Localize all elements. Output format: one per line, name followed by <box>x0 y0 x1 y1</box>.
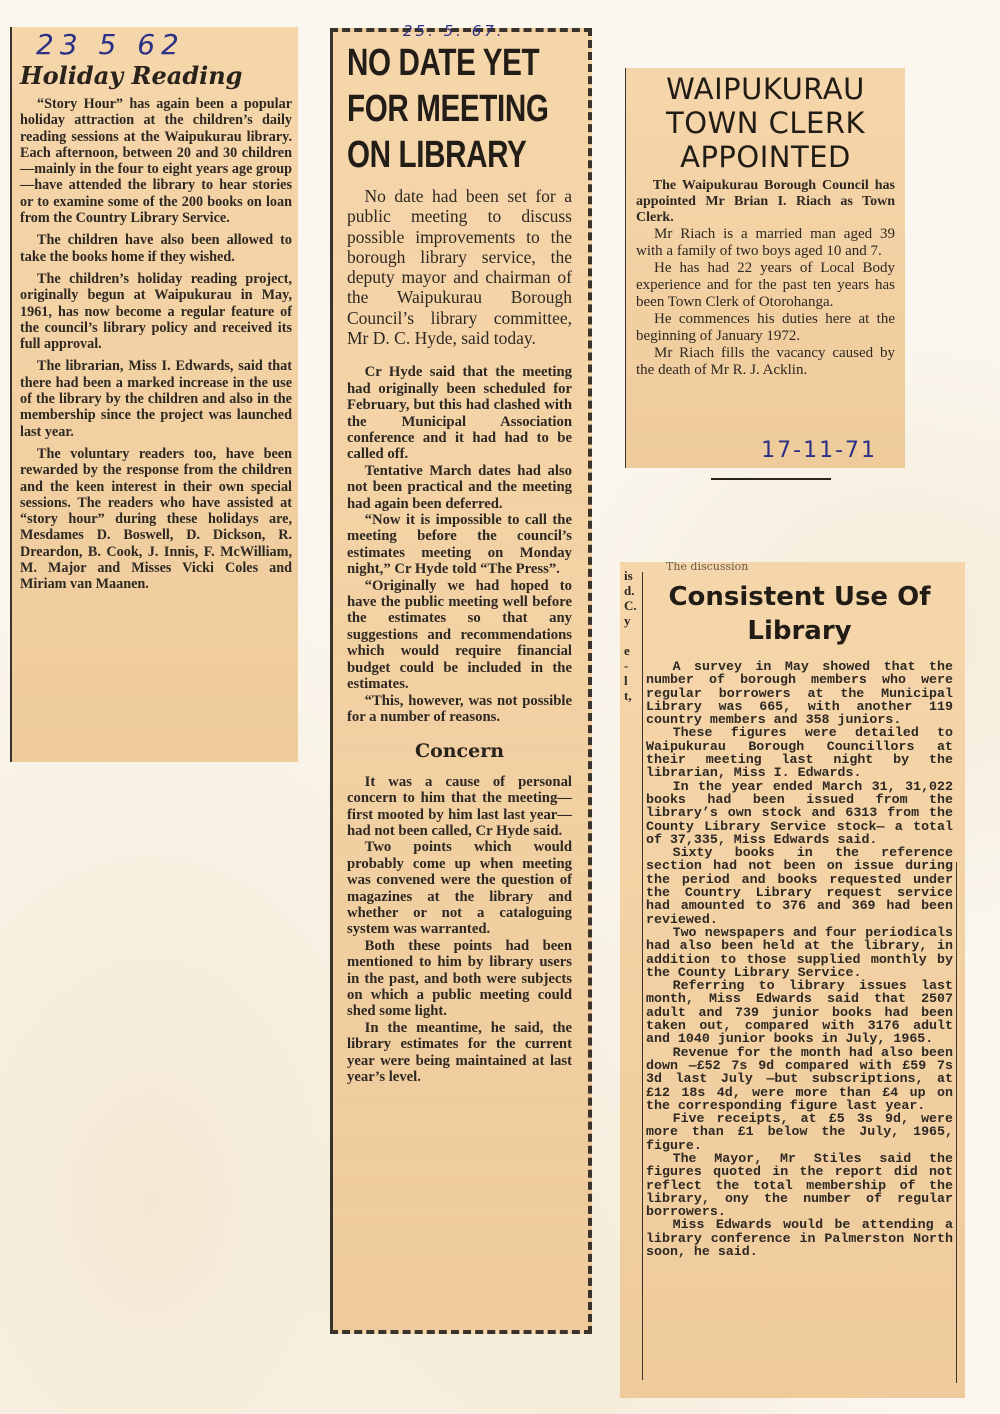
fragment-text: d. <box>624 583 640 598</box>
paragraph: Mr Riach fills the vacancy caused by the… <box>636 345 895 379</box>
handwritten-date: 23 5 62 <box>36 31 292 59</box>
paragraph: No date had been set for a public meetin… <box>347 186 572 348</box>
fragment-text: l <box>624 673 640 688</box>
article-lead: The Waipukurau Borough Council has appoi… <box>636 178 895 226</box>
article-body: Mr Riach is a married man aged 39 with a… <box>636 226 895 379</box>
headline: Consistent Use Of Library <box>646 580 953 648</box>
cut-off-text: The discussion <box>666 562 953 572</box>
paragraph: He commences his duties here at the begi… <box>636 311 895 345</box>
handwritten-date: 17-11-71 <box>761 438 877 463</box>
paragraph: In the year ended March 31, 31,022 books… <box>646 780 953 846</box>
fragment-text: t, <box>624 688 640 703</box>
paragraph: Both these points had been mentioned to … <box>347 938 572 1020</box>
paragraph: The Waipukurau Borough Council has appoi… <box>636 178 895 226</box>
paragraph: The librarian, Miss I. Edwards, said tha… <box>20 358 292 439</box>
paragraph: The Mayor, Mr Stiles said the figures qu… <box>646 1152 953 1218</box>
paragraph: These figures were detailed to Waipukura… <box>646 726 953 779</box>
fragment-text <box>624 628 640 643</box>
paragraph: Tentative March dates had also not been … <box>347 463 572 512</box>
fragment-text: C. <box>624 598 640 613</box>
divider-rule <box>711 478 831 480</box>
headline: Holiday Reading <box>20 61 292 90</box>
paragraph: Mr Riach is a married man aged 39 with a… <box>636 226 895 260</box>
handwritten-date: 25. 5. 67. <box>403 22 505 40</box>
headline: WAIPUKURAU TOWN CLERK APPOINTED <box>636 72 895 174</box>
column-rule <box>956 862 957 1383</box>
paragraph: In the meantime, he said, the library es… <box>347 1020 572 1086</box>
paragraph: Revenue for the month had also been down… <box>646 1046 953 1112</box>
paragraph: “Originally we had hoped to have the pub… <box>347 578 572 693</box>
paragraph: Five receipts, at £5 3s 9d, were more th… <box>646 1112 953 1152</box>
fragment-text: is <box>624 568 640 583</box>
paragraph: Referring to library issues last month, … <box>646 979 953 1045</box>
subheading: Concern <box>347 743 572 759</box>
adjacent-column-fragment: is d. C. y e - l t, <box>624 568 640 703</box>
paragraph: He has had 22 years of Local Body experi… <box>636 260 895 311</box>
fragment-text: y <box>624 613 640 628</box>
paragraph: Sixty books in the reference section had… <box>646 846 953 926</box>
article-body: Cr Hyde said that the meeting had origin… <box>347 364 572 1085</box>
article-body: “Story Hour” has again been a popular ho… <box>20 96 292 593</box>
paragraph: “Now it is impossible to call the meetin… <box>347 512 572 578</box>
headline: NO DATE YET FOR MEETING ON LIBRARY <box>347 40 572 178</box>
paragraph: Two newspapers and four periodicals had … <box>646 926 953 979</box>
paragraph: Cr Hyde said that the meeting had origin… <box>347 364 572 462</box>
paragraph: Two points which would probably come up … <box>347 839 572 937</box>
paragraph: Miss Edwards would be attending a librar… <box>646 1218 953 1258</box>
article-lead: No date had been set for a public meetin… <box>347 186 572 348</box>
paragraph: The children have also been allowed to t… <box>20 232 292 265</box>
paragraph: It was a cause of personal concern to hi… <box>347 774 572 840</box>
fragment-text: e <box>624 643 640 658</box>
clipping-town-clerk: WAIPUKURAU TOWN CLERK APPOINTED The Waip… <box>625 68 905 468</box>
article-body: A survey in May showed that the number o… <box>646 660 953 1258</box>
paragraph: “Story Hour” has again been a popular ho… <box>20 96 292 226</box>
paragraph: A survey in May showed that the number o… <box>646 660 953 726</box>
fragment-text: - <box>624 658 640 673</box>
column-rule <box>642 572 643 1380</box>
clipping-no-date-yet: 25. 5. 67. NO DATE YET FOR MEETING ON LI… <box>330 28 592 1334</box>
clipping-holiday-reading: 23 5 62 Holiday Reading “Story Hour” has… <box>10 27 298 762</box>
paragraph: The children’s holiday reading project, … <box>20 271 292 352</box>
clipping-consistent-use: is d. C. y e - l t, The discussion Consi… <box>620 562 965 1398</box>
paragraph: The voluntary readers too, have been rew… <box>20 446 292 593</box>
paragraph: “This, however, was not possible for a n… <box>347 693 572 726</box>
